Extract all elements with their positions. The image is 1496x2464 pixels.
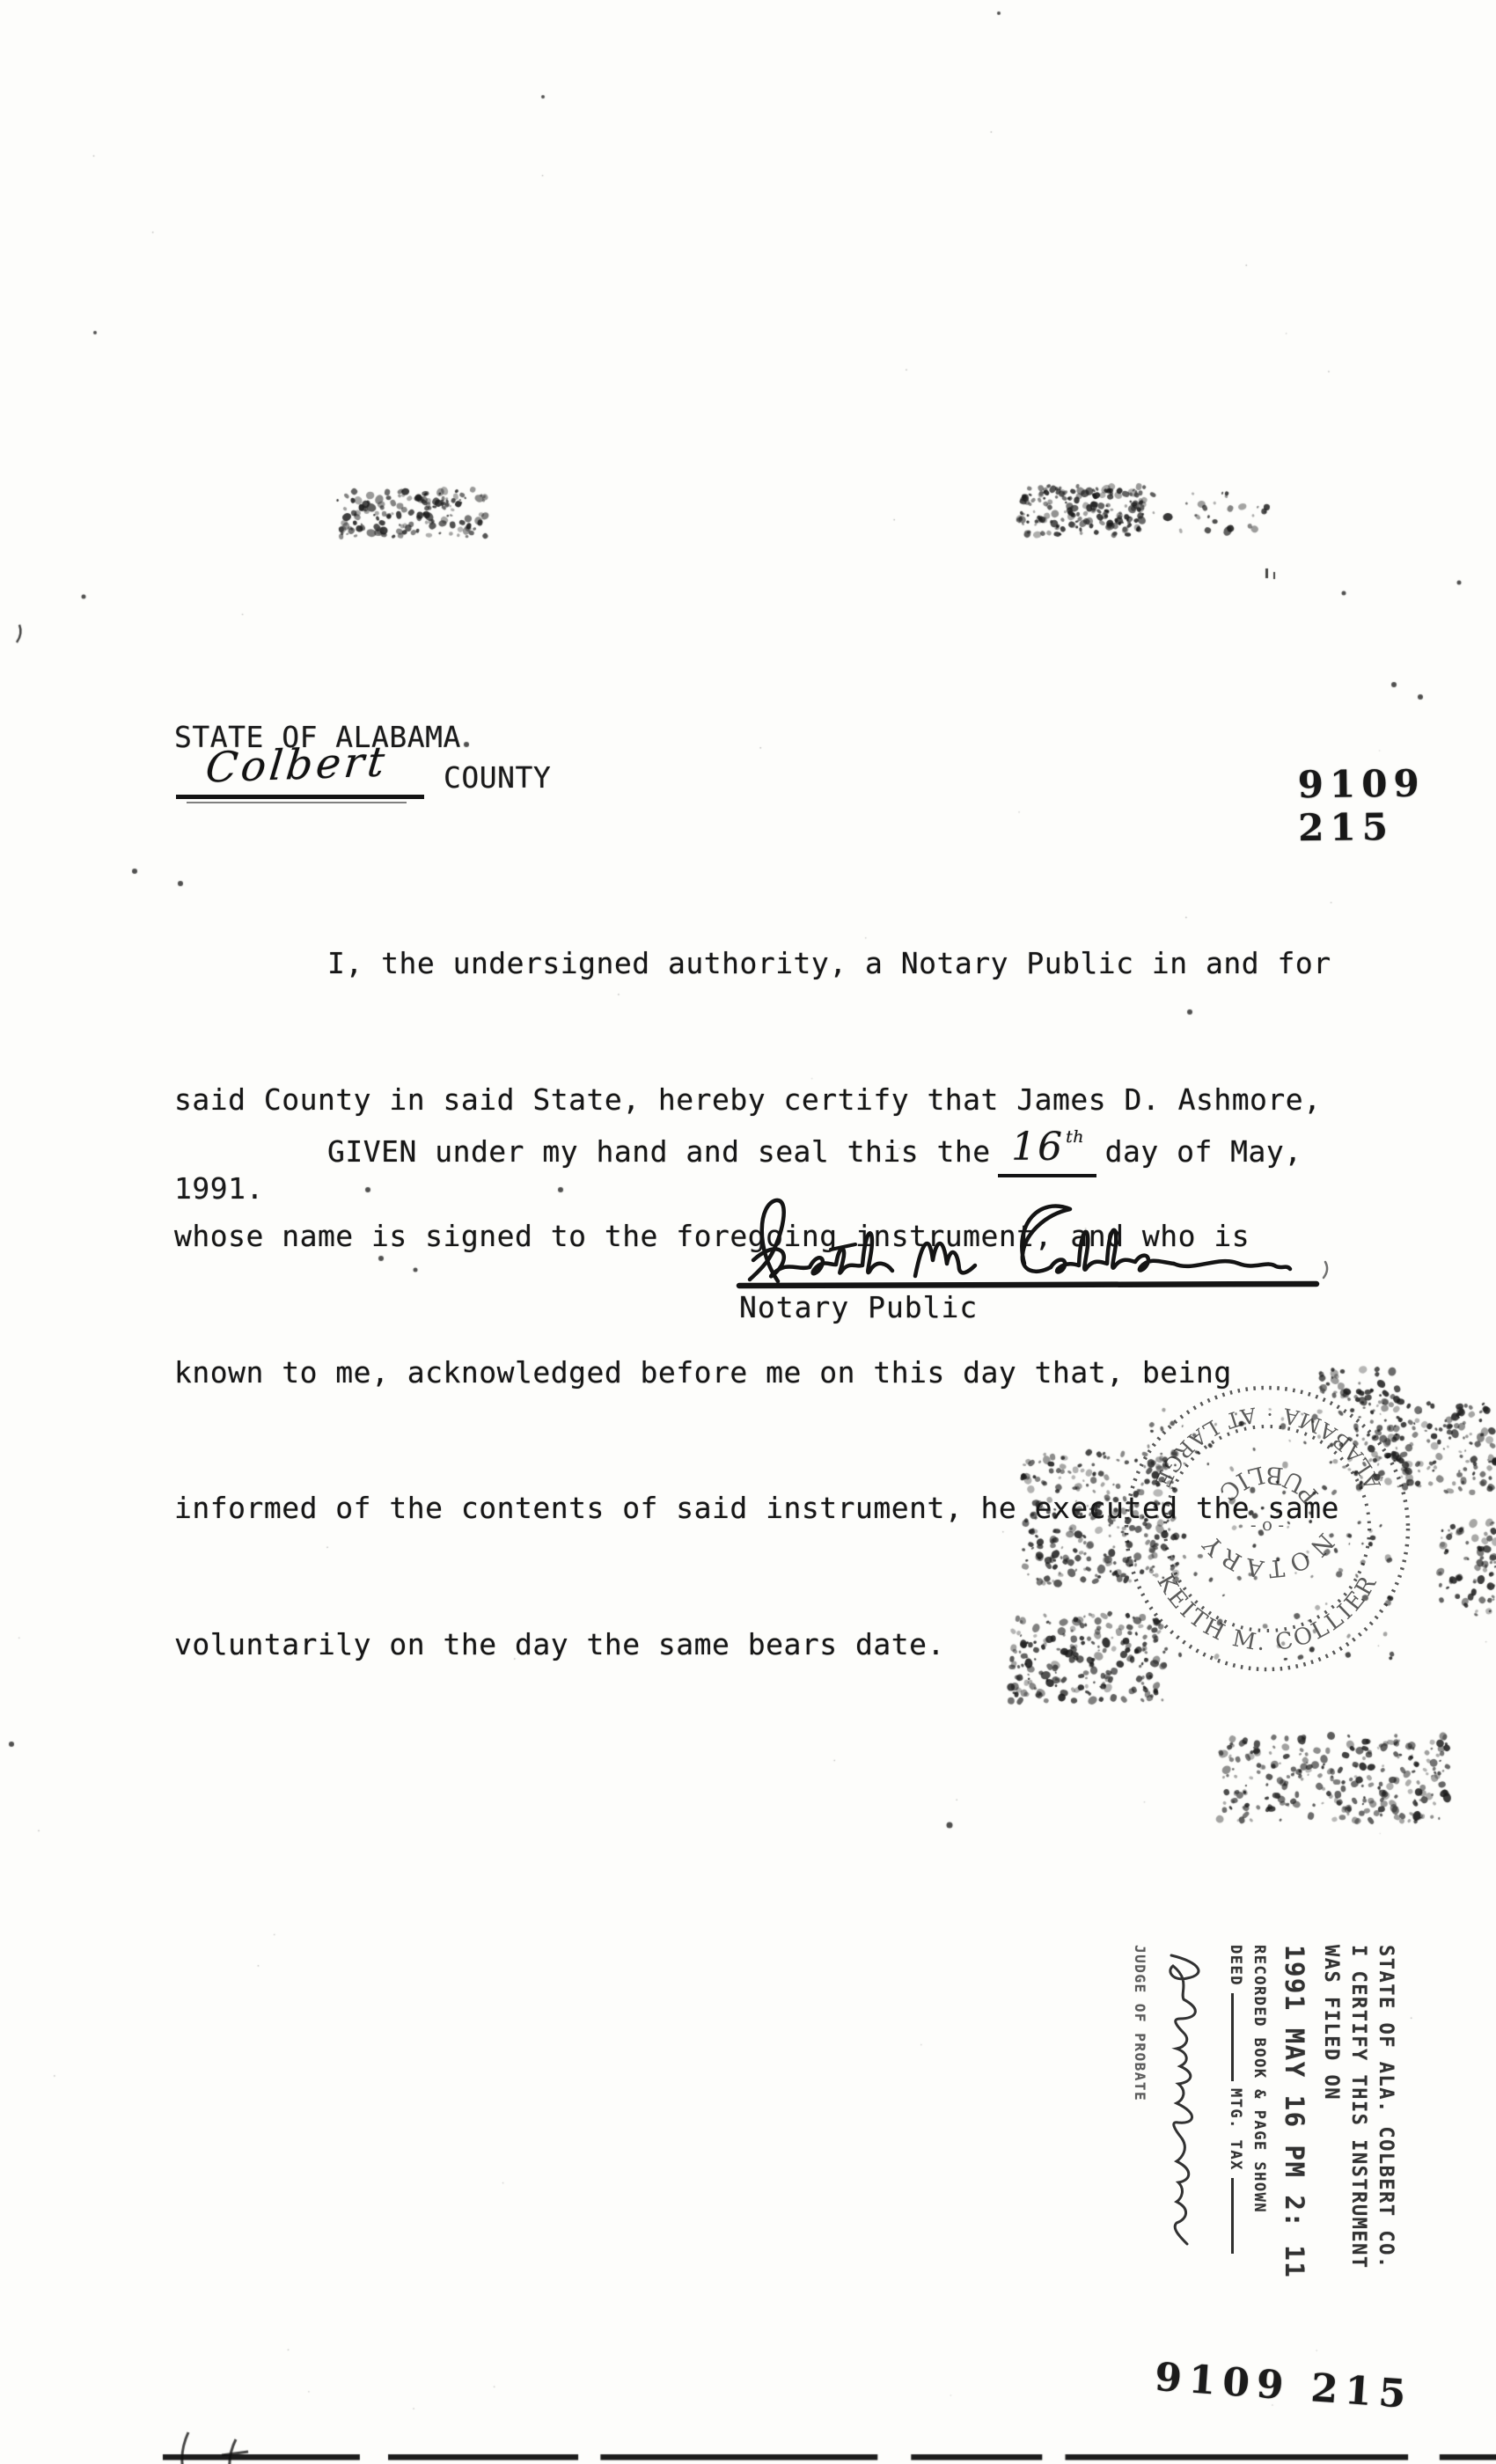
stamp-deed-blank <box>1231 1993 1246 2081</box>
stamp-deed-label: DEED <box>1227 1945 1244 1986</box>
stamp-recorded-line: RECORDED BOOK & PAGE SHOWN <box>1249 1945 1270 2306</box>
seal-ring-name: KEITH M. COLLIER <box>1151 1570 1382 1656</box>
day-superscript: th <box>1066 1127 1084 1147</box>
county-label: COUNTY <box>444 760 551 795</box>
stamp-line-certify: I CERTIFY THIS INSTRUMENT <box>1345 1945 1372 2306</box>
notary-signature <box>729 1177 1345 1305</box>
stamp-judge-title: JUDGE OF PROBATE <box>1132 1945 1148 2306</box>
probate-signature <box>1154 1945 1222 2253</box>
county-handwritten: Colbert <box>203 737 390 792</box>
notary-seal: KEITH M. COLLIER ALABAMA · AT LARGE NOTA… <box>1100 1361 1434 1696</box>
recording-stamp: STATE OF ALA. COLBERT CO. I CERTIFY THIS… <box>1091 1945 1399 2306</box>
instrument-number-top: 9109 215 <box>1297 761 1496 849</box>
notary-public-label: Notary Public <box>739 1290 978 1324</box>
stamp-deed-line: DEEDMTG. TAX <box>1222 1945 1249 2306</box>
stamp-mtg-blank <box>1231 2178 1246 2254</box>
svg-text:PUBLIC: PUBLIC <box>1210 1460 1324 1509</box>
seal-center-divider: - o - <box>1250 1517 1284 1538</box>
stamp-line-filed: WAS FILED ON <box>1317 1945 1345 2306</box>
given-suffix: day of May, <box>1105 1134 1302 1169</box>
given-prefix: GIVEN under my hand and seal this the <box>327 1134 991 1169</box>
county-underline <box>176 795 424 799</box>
day-value: 16 <box>1011 1125 1064 1170</box>
given-line: GIVEN under my hand and seal this the16t… <box>174 1126 1302 1176</box>
paragraph-line: I, the undersigned authority, a Notary P… <box>174 941 1339 986</box>
scanned-document-page: STATE OF ALABAMA Colbert COUNTY 9109 215… <box>0 0 1496 2464</box>
year-line: 1991. <box>174 1171 264 1206</box>
instrument-number-bottom: 9109 215 <box>1154 2355 1414 2417</box>
svg-text:KEITH M. COLLIER: KEITH M. COLLIER <box>1151 1570 1382 1656</box>
county-underline-echo <box>187 802 407 803</box>
paragraph-line: said County in said State, hereby certif… <box>174 1077 1339 1123</box>
seal-center-bottom: PUBLIC <box>1210 1460 1324 1509</box>
stamp-date-line: 1991 MAY 16 PM 2: 11 <box>1277 1945 1312 2306</box>
stamp-line-state: STATE OF ALA. COLBERT CO. <box>1372 1945 1399 2306</box>
notary-signature-line <box>739 1284 1316 1286</box>
stamp-mtg-label: MTG. TAX <box>1227 2088 1244 2171</box>
handwritten-day: 16th <box>998 1125 1096 1177</box>
